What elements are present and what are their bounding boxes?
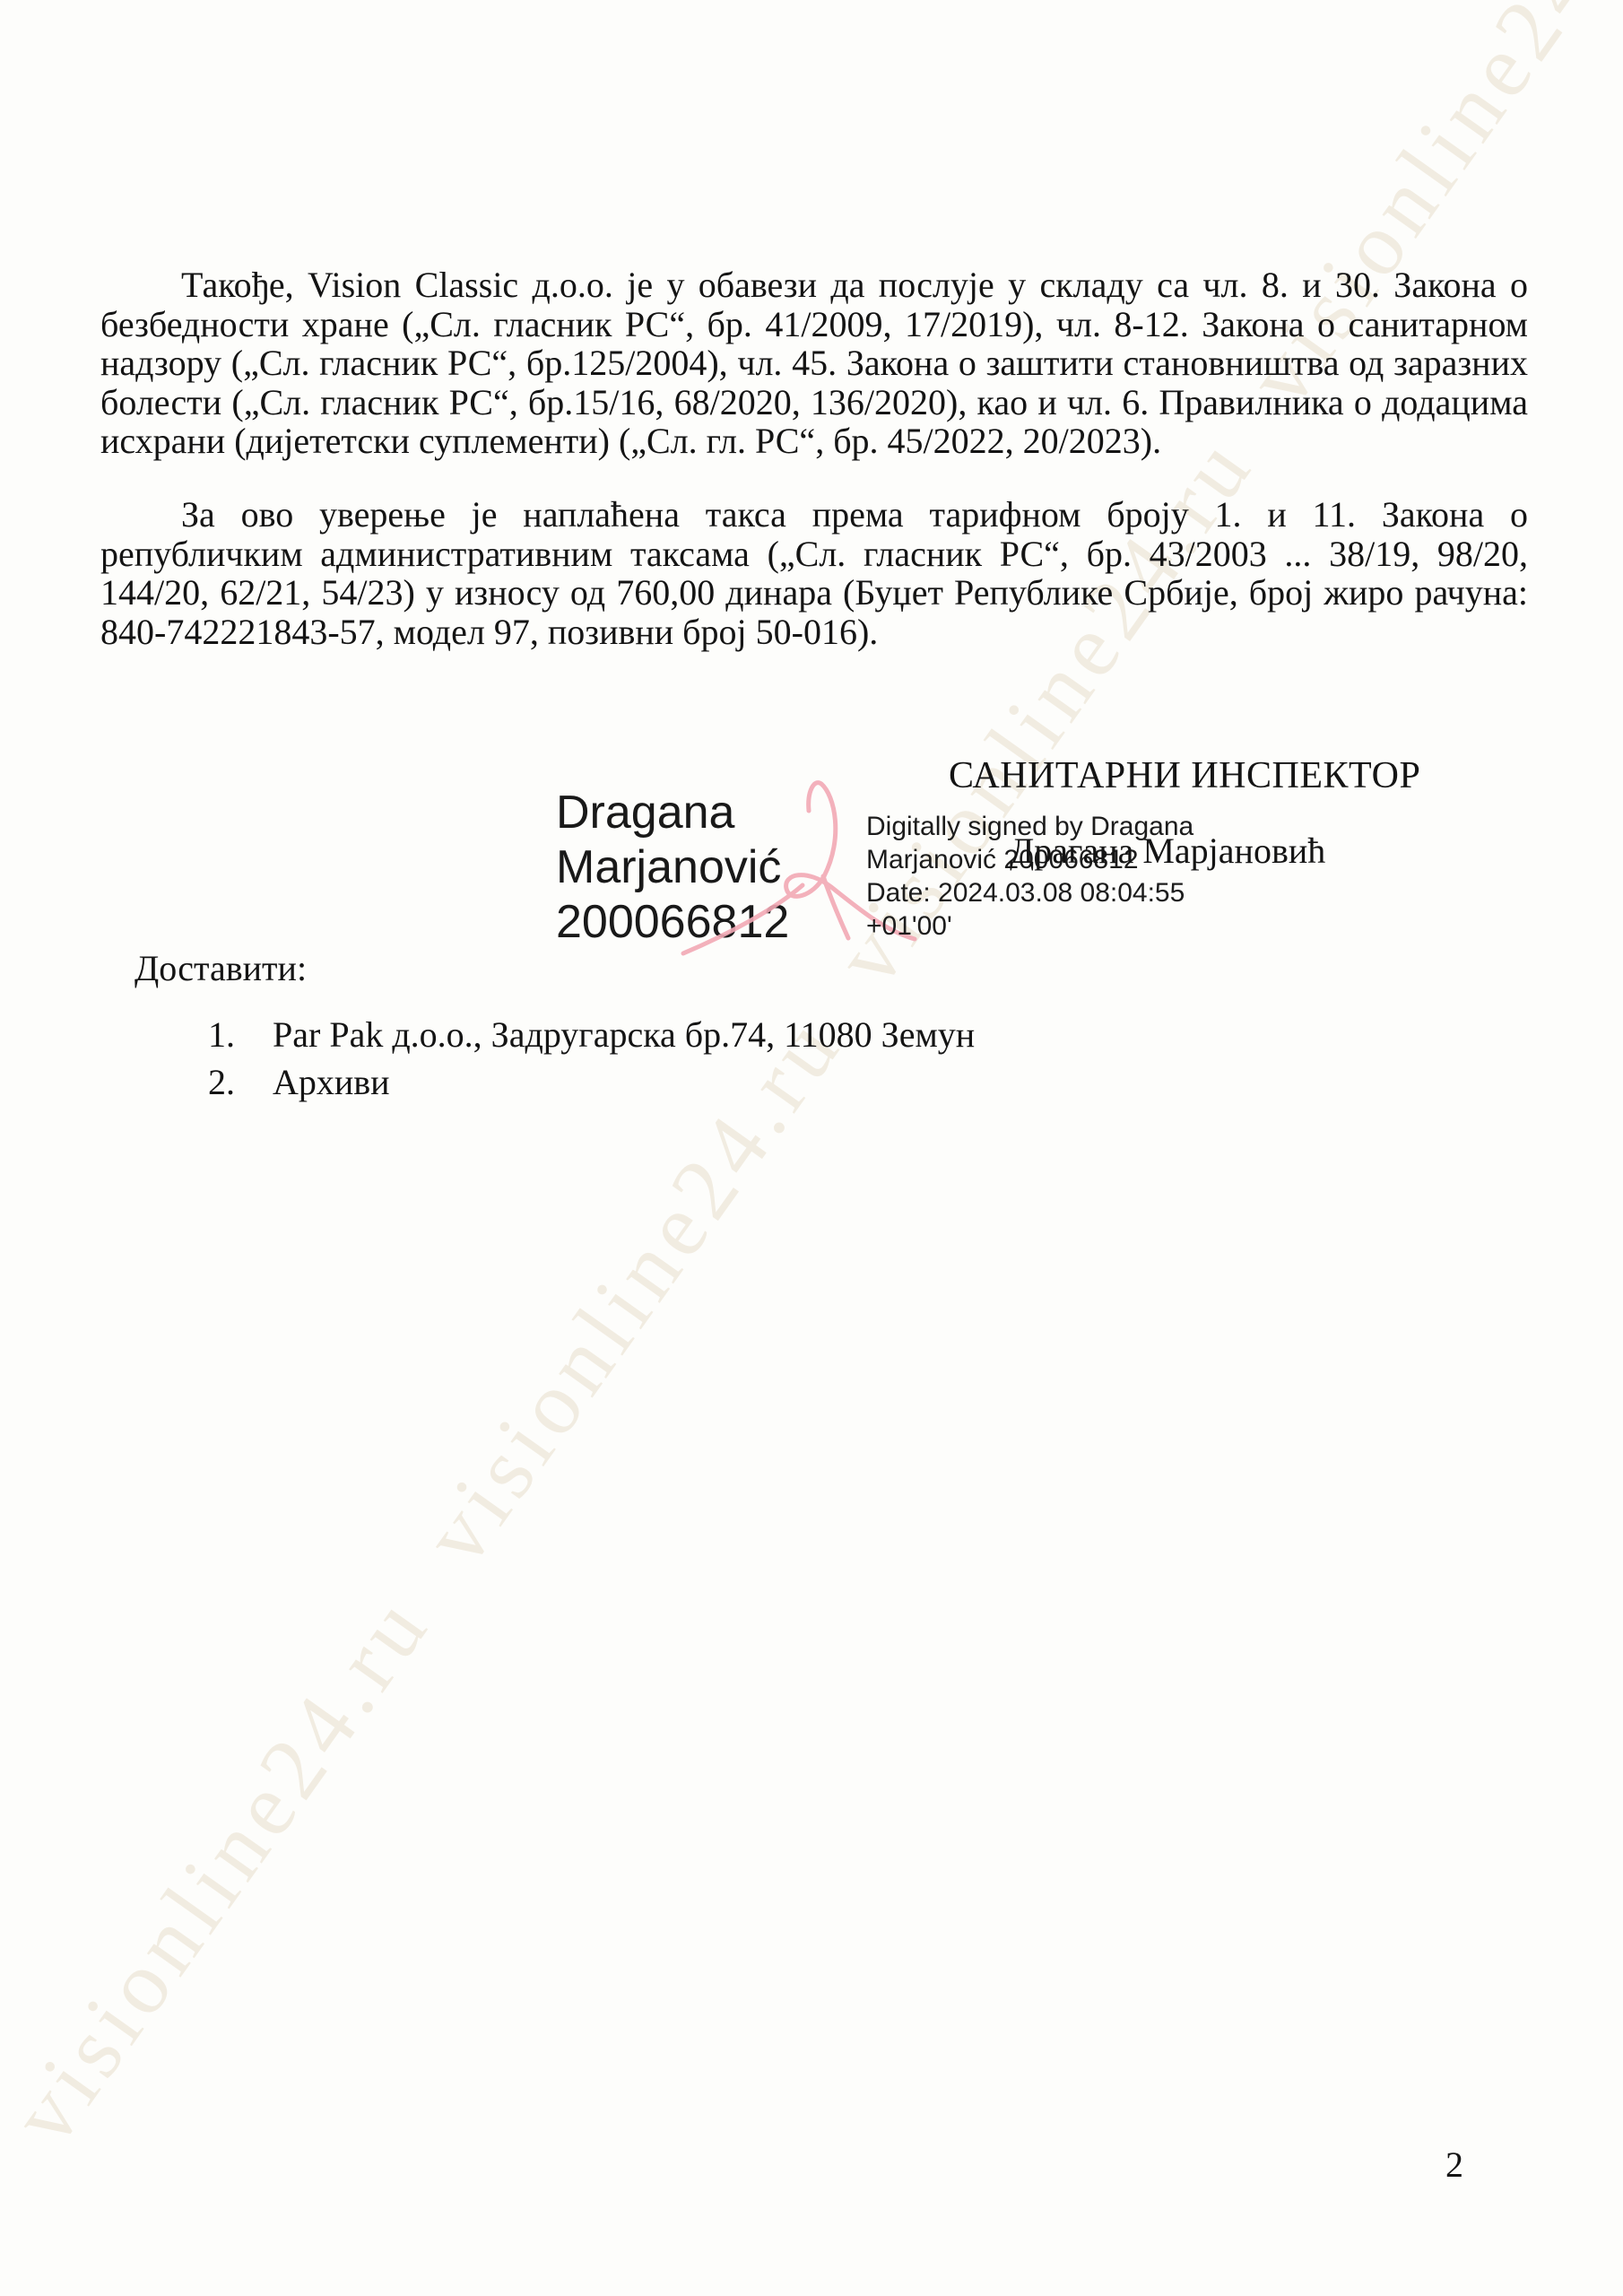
paragraph-line: Такође, Vision Classic д.о.о. је у обаве… [100, 265, 1528, 305]
list-item-text: Par Pak д.о.о., Задругарска бр.74, 11080… [273, 1015, 975, 1055]
paragraph-line: надзору („Сл. гласник РС“, бр.125/2004),… [100, 344, 1528, 383]
paragraph-line: безбедности хране („Сл. гласник РС“, бр.… [100, 305, 1528, 344]
deliver-list: 1. Par Pak д.о.о., Задругарска бр.74, 11… [208, 1015, 975, 1110]
inspector-title: САНИТАРНИ ИНСПЕКТОР [949, 754, 1420, 797]
paragraph-line: За ово уверење је наплаћена такса према … [100, 495, 1528, 535]
paragraph-line: 840-742221843-57, модел 97, позивни број… [100, 613, 1528, 652]
list-item-number: 1. [208, 1015, 273, 1055]
paragraph-legal-basis: Такође, Vision Classic д.о.о. је у обаве… [100, 265, 1528, 461]
deliver-label: Доставити: [135, 947, 307, 989]
page-number: 2 [1445, 2144, 1463, 2186]
paragraph-line: републичким административним таксама („С… [100, 535, 1528, 574]
list-item: 1. Par Pak д.о.о., Задругарска бр.74, 11… [208, 1015, 975, 1055]
signature-name-cyrillic: Драгана Марјановић [1010, 830, 1325, 872]
paragraph-line: болести („Сл. гласник РС“, бр.15/16, 68/… [100, 383, 1528, 422]
paragraph-tax: За ово уверење је наплаћена такса према … [100, 495, 1528, 651]
list-item-number: 2. [208, 1063, 273, 1102]
list-item-text: Архиви [273, 1063, 390, 1102]
watermark-text: visionline24.ru [0, 1576, 449, 2161]
list-item: 2. Архиви [208, 1063, 975, 1102]
document-page: visionline24.ruvisionline24.ruvisionline… [0, 0, 1623, 2296]
paragraph-line: 144/20, 62/21, 54/23) у износу од 760,00… [100, 573, 1528, 613]
paragraph-line: исхрани (дијететски суплементи) („Сл. гл… [100, 422, 1528, 461]
